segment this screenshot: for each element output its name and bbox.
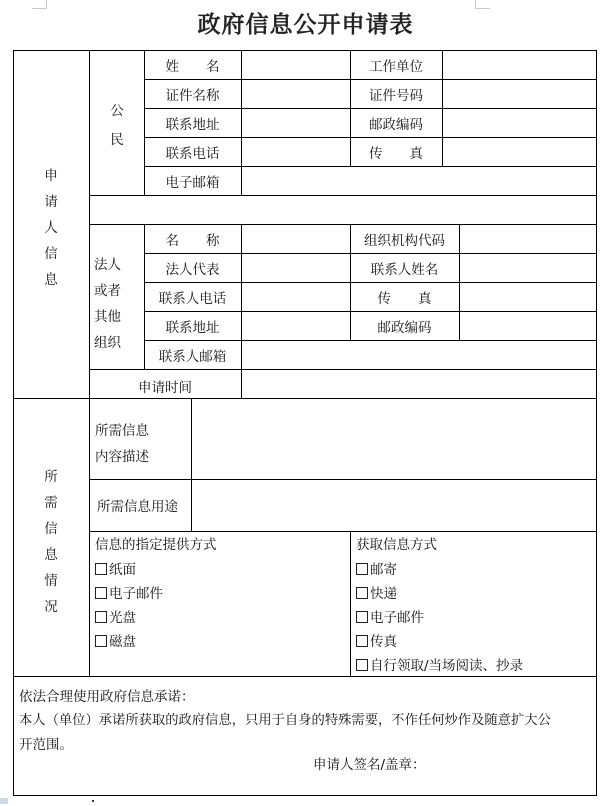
option-label: 自行领取/当场阅读、抄录 [370, 658, 523, 674]
org-name-label: 名 称 [144, 224, 241, 253]
org-contact-email-label: 联系人邮箱 [144, 340, 241, 369]
org-legal-rep-label: 法人代表 [144, 253, 241, 282]
checkbox-icon[interactable] [356, 587, 368, 599]
provision-option-paper[interactable]: 纸面 [95, 558, 136, 582]
apply-time-field[interactable] [242, 370, 596, 397]
label-char: 人 [41, 215, 61, 241]
purpose-label: 所需信息用途 [97, 499, 178, 516]
provision-option-email[interactable]: 电子邮件 [95, 582, 163, 606]
checkbox-icon[interactable] [95, 635, 107, 647]
option-label: 电子邮件 [370, 610, 424, 626]
label-char: 息 [41, 267, 61, 293]
signature-label: 申请人签名/盖章： [313, 757, 426, 774]
citizen-phone-field[interactable] [242, 138, 349, 165]
checkbox-icon[interactable] [356, 563, 368, 575]
label-char: 信 [41, 241, 61, 267]
obtain-option-express[interactable]: 快递 [356, 582, 397, 606]
cursor-dot [92, 800, 94, 802]
label-line: 所需信息 [95, 418, 149, 444]
org-address-field[interactable] [242, 312, 349, 339]
obtain-method-title: 获取信息方式 [356, 537, 437, 554]
blank-row-field[interactable] [90, 196, 596, 223]
provision-method-title: 信息的指定提供方式 [95, 537, 217, 554]
citizen-id-type-field[interactable] [242, 80, 349, 107]
col-divider [350, 531, 351, 676]
org-contact-email-field[interactable] [242, 341, 596, 368]
org-postcode-field[interactable] [460, 312, 596, 339]
info-needed-label: 所 需 信 息 情 况 [41, 464, 61, 620]
label-char: 况 [41, 594, 61, 620]
option-label: 磁盘 [109, 634, 136, 650]
citizen-name-field[interactable] [242, 51, 349, 78]
citizen-email-field[interactable] [242, 167, 596, 194]
label-char: 民 [107, 126, 127, 155]
citizen-fax-label: 传 真 [350, 137, 442, 166]
checkbox-icon[interactable] [356, 659, 368, 671]
org-code-label: 组织机构代码 [350, 224, 459, 253]
citizen-name-label: 姓 名 [144, 50, 241, 79]
checkbox-icon[interactable] [356, 635, 368, 647]
obtain-option-self-pickup[interactable]: 自行领取/当场阅读、抄录 [356, 654, 523, 678]
label-char: 公 [107, 97, 127, 126]
label-line: 或者 [94, 278, 121, 304]
label-char: 申 [41, 163, 61, 189]
option-label: 传真 [370, 634, 397, 650]
provision-option-cd[interactable]: 光盘 [95, 606, 136, 630]
label-line: 内容描述 [95, 444, 149, 470]
org-contact-name-label: 联系人姓名 [350, 253, 459, 282]
label-line: 组织 [94, 330, 121, 356]
citizen-fax-field[interactable] [443, 138, 596, 165]
pledge-text: 依法合理使用政府信息承诺： 本人（单位）承诺所获取的政府信息，只用于自身的特殊需… [19, 685, 551, 757]
citizen-email-label: 电子邮箱 [144, 166, 241, 195]
org-legal-rep-field[interactable] [242, 254, 349, 281]
citizen-phone-label: 联系电话 [144, 137, 241, 166]
applicant-info-label: 申 请 人 信 息 [41, 163, 61, 293]
label-char: 息 [41, 542, 61, 568]
row-divider [89, 531, 597, 532]
purpose-field[interactable] [192, 480, 596, 530]
page-edge-mark [0, 798, 8, 804]
citizen-id-number-field[interactable] [443, 80, 596, 107]
option-label: 电子邮件 [109, 586, 163, 602]
citizen-group-label: 公 民 [107, 97, 127, 155]
org-fax-label: 传 真 [350, 282, 459, 311]
option-label: 邮寄 [370, 562, 397, 578]
pledge-title: 依法合理使用政府信息承诺： [19, 685, 551, 709]
org-contact-name-field[interactable] [460, 254, 596, 281]
label-char: 请 [41, 189, 61, 215]
citizen-employer-field[interactable] [443, 51, 596, 78]
obtain-option-email[interactable]: 电子邮件 [356, 606, 424, 630]
obtain-option-mail[interactable]: 邮寄 [356, 558, 397, 582]
option-label: 快递 [370, 586, 397, 602]
citizen-postcode-field[interactable] [443, 109, 596, 136]
citizen-employer-label: 工作单位 [350, 50, 442, 79]
label-line: 法人 [94, 252, 121, 278]
signature-field[interactable] [440, 752, 590, 778]
label-line: 其他 [94, 304, 121, 330]
label-char: 需 [41, 490, 61, 516]
citizen-id-type-label: 证件名称 [144, 79, 241, 108]
label-char: 所 [41, 464, 61, 490]
org-postcode-label: 邮政编码 [350, 311, 459, 340]
checkbox-icon[interactable] [356, 611, 368, 623]
citizen-address-field[interactable] [242, 109, 349, 136]
org-group-label: 法人 或者 其他 组织 [94, 252, 121, 356]
org-fax-field[interactable] [460, 283, 596, 310]
label-char: 情 [41, 568, 61, 594]
col-divider [89, 50, 90, 676]
checkbox-icon[interactable] [95, 587, 107, 599]
org-code-field[interactable] [460, 225, 596, 252]
pledge-line-1: 本人（单位）承诺所获取的政府信息，只用于自身的特殊需要，不作任何炒作及随意扩大公 [19, 709, 551, 733]
option-label: 光盘 [109, 610, 136, 626]
option-label: 纸面 [109, 562, 136, 578]
org-name-field[interactable] [242, 225, 349, 252]
citizen-address-label: 联系地址 [144, 108, 241, 137]
checkbox-icon[interactable] [95, 611, 107, 623]
org-contact-phone-field[interactable] [242, 283, 349, 310]
provision-option-disk[interactable]: 磁盘 [95, 630, 136, 654]
content-description-field[interactable] [192, 399, 596, 478]
citizen-postcode-label: 邮政编码 [350, 108, 442, 137]
org-contact-phone-label: 联系人电话 [144, 282, 241, 311]
obtain-option-fax[interactable]: 传真 [356, 630, 397, 654]
form-title: 政府信息公开申请表 [0, 6, 611, 39]
checkbox-icon[interactable] [95, 563, 107, 575]
citizen-id-number-label: 证件号码 [350, 79, 442, 108]
org-address-label: 联系地址 [144, 311, 241, 340]
content-description-label: 所需信息 内容描述 [95, 418, 149, 470]
apply-time-label: 申请时间 [89, 369, 241, 398]
label-char: 信 [41, 516, 61, 542]
